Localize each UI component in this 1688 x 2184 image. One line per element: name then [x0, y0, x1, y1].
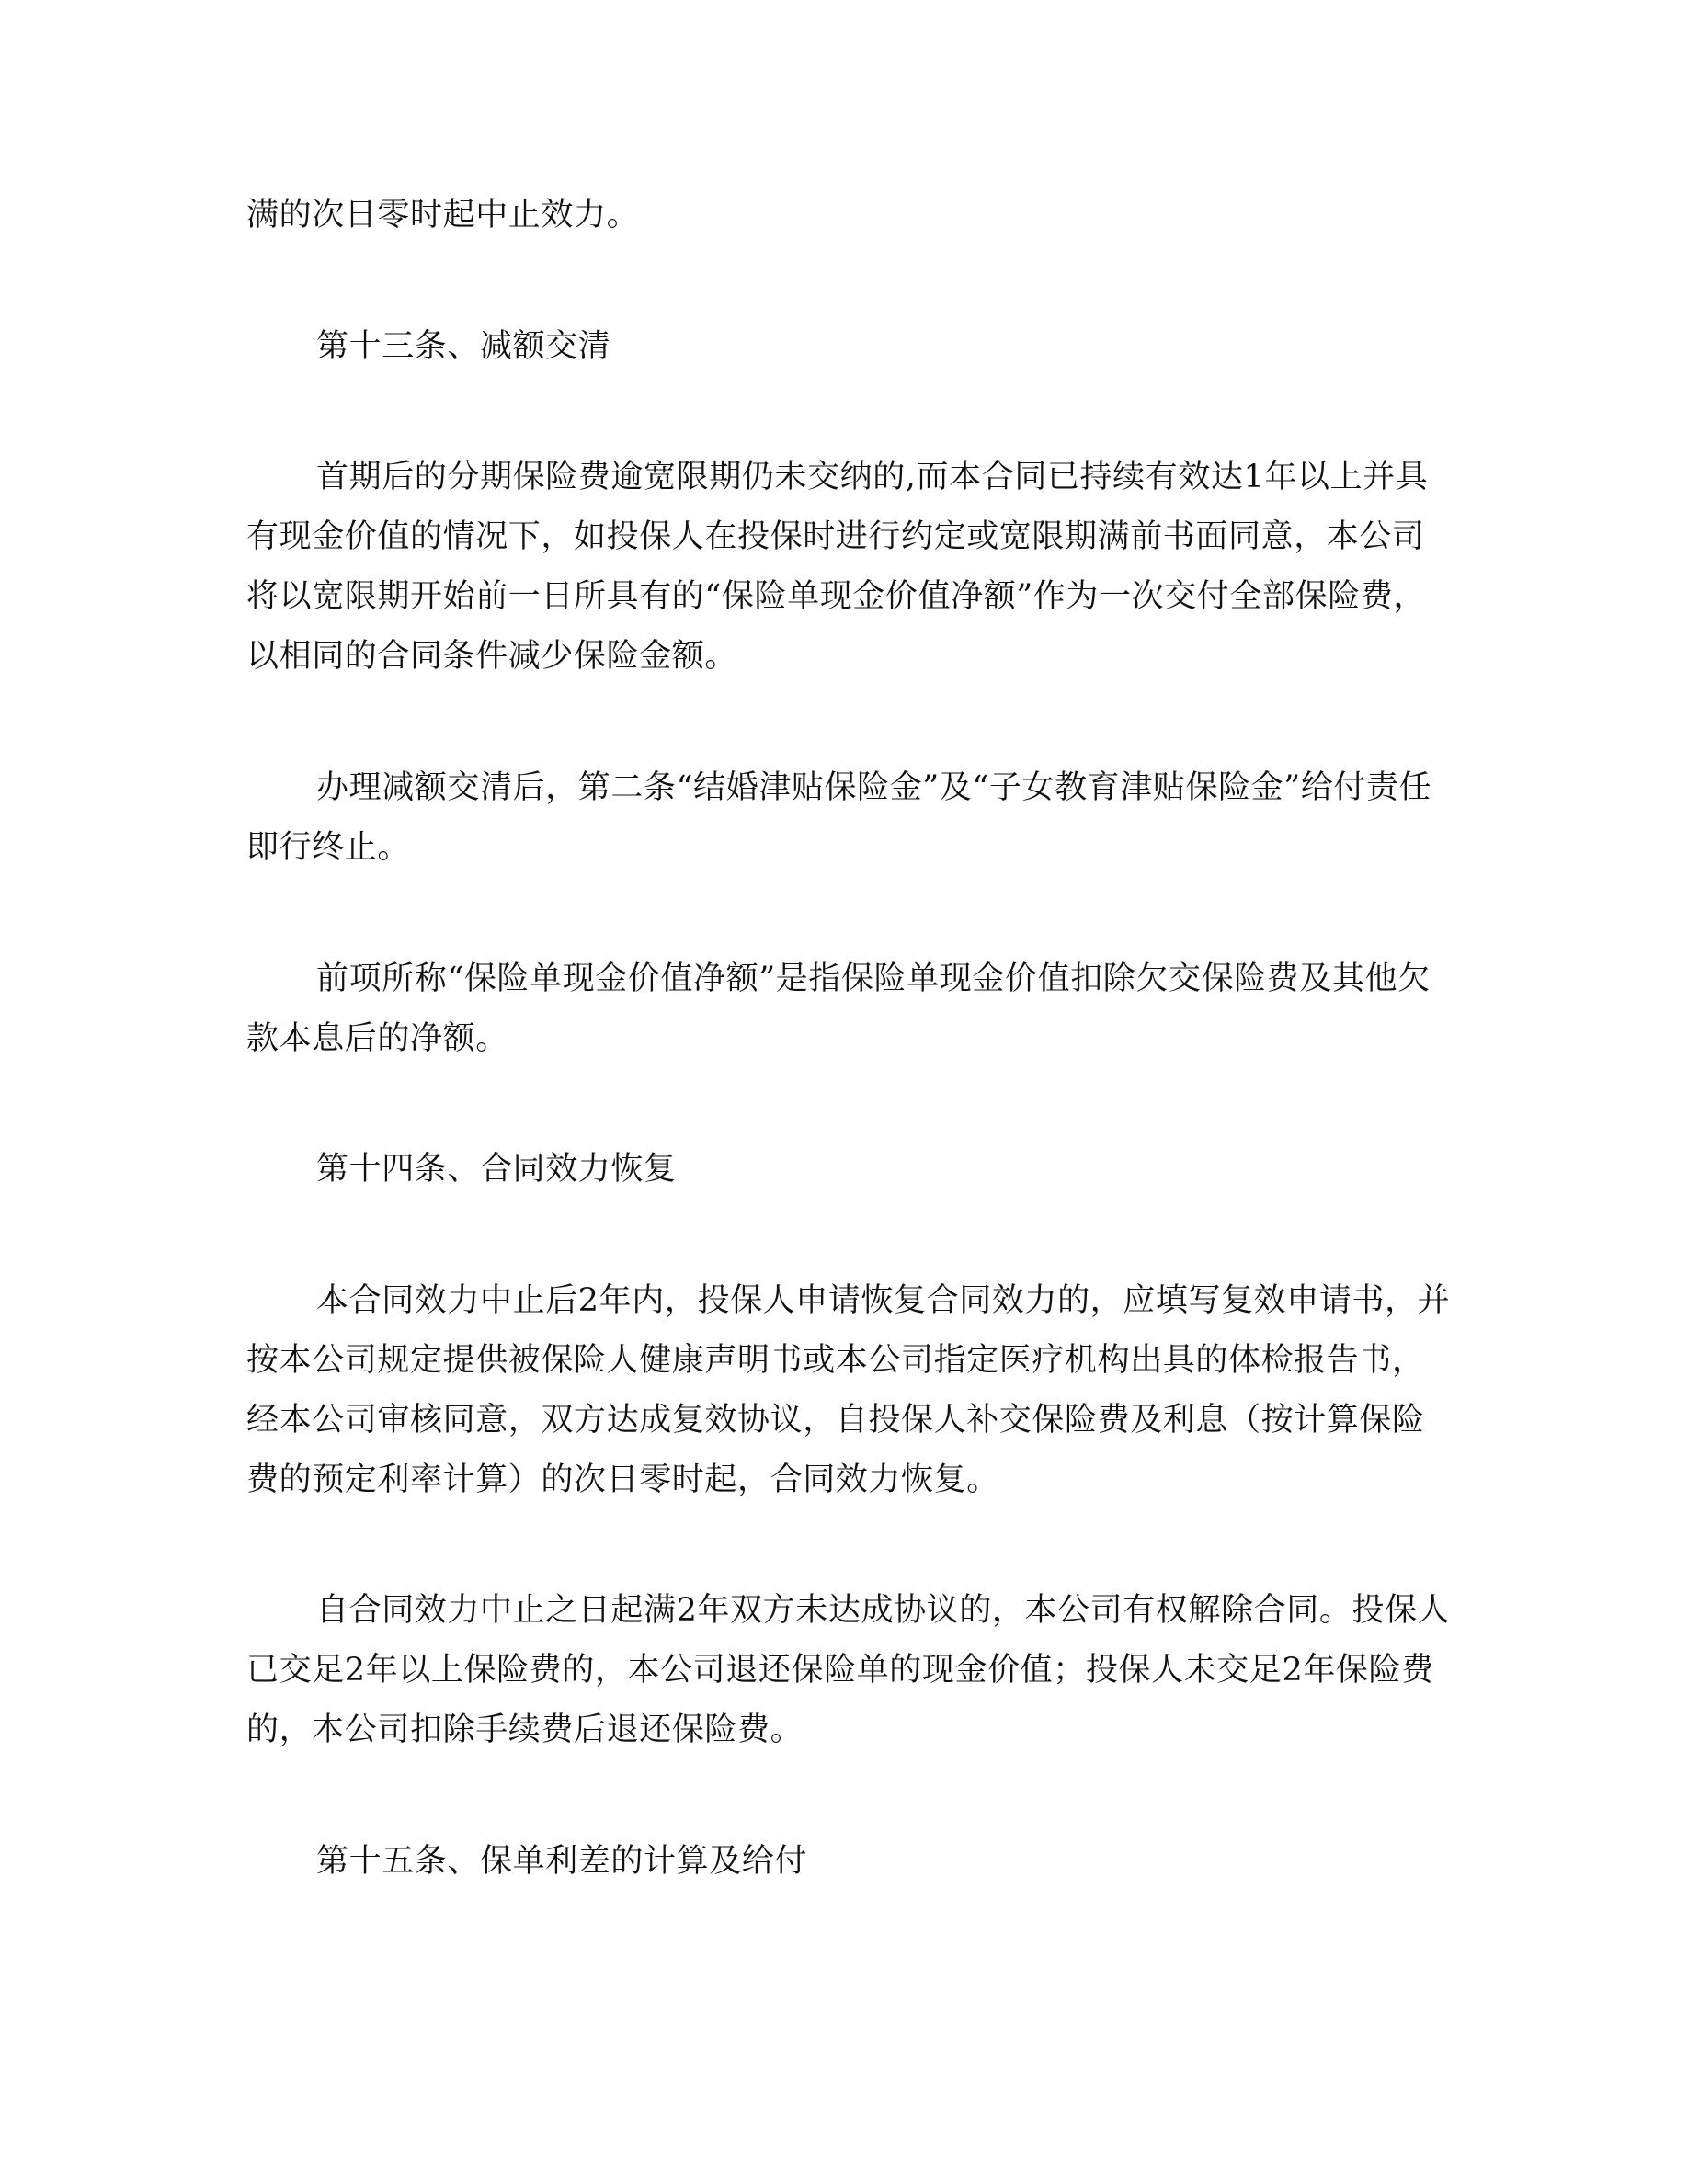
paragraph-line: 款本息后的净额。 [246, 1018, 508, 1059]
paragraph-continuation: 满的次日零时起中止效力。 [246, 195, 639, 235]
paragraph-line: 以相同的合同条件减少保险金额。 [246, 636, 737, 677]
paragraph-line: 自合同效力中止之日起满2年双方未达成协议的，本公司有权解除合同。投保人 [316, 1590, 1450, 1631]
paragraph-line: 按本公司规定提供被保险人健康声明书或本公司指定医疗机构出具的体检报告书， [246, 1340, 1425, 1381]
paragraph-line: 经本公司审核同意，双方达成复效协议，自投保人补交保险费及利息（按计算保险 [246, 1400, 1425, 1440]
paragraph-line: 本合同效力中止后2年内，投保人申请恢复合同效力的，应填写复效申请书，并 [316, 1280, 1450, 1321]
paragraph-line: 将以宽限期开始前一日所具有的“保险单现金价值净额”作为一次交付全部保险费， [246, 576, 1426, 617]
section-heading-15: 第十五条、保单利差的计算及给付 [316, 1841, 807, 1882]
paragraph-line: 已交足2年以上保险费的，本公司退还保险单的现金价值；投保人未交足2年保险费 [246, 1650, 1434, 1690]
section-heading-13: 第十三条、减额交清 [316, 326, 610, 367]
section-heading-14: 第十四条、合同效力恢复 [316, 1149, 677, 1189]
paragraph-line: 前项所称“保险单现金价值净额”是指保险单现金价值扣除欠交保险费及其他欠 [316, 959, 1431, 999]
paragraph-line: 即行终止。 [246, 827, 410, 868]
paragraph-line: 办理减额交清后，第二条“结婚津贴保险金”及“子女教育津贴保险金”给付责任 [316, 768, 1431, 808]
paragraph-line: 费的预定利率计算）的次日零时起，合同效力恢复。 [246, 1460, 999, 1500]
paragraph-line: 首期后的分期保险费逾宽限期仍未交纳的,而本合同已持续有效达1年以上并具 [316, 457, 1428, 497]
paragraph-line: 有现金价值的情况下，如投保人在投保时进行约定或宽限期满前书面同意，本公司 [246, 517, 1425, 557]
paragraph-line: 的，本公司扣除手续费后退还保险费。 [246, 1710, 803, 1750]
